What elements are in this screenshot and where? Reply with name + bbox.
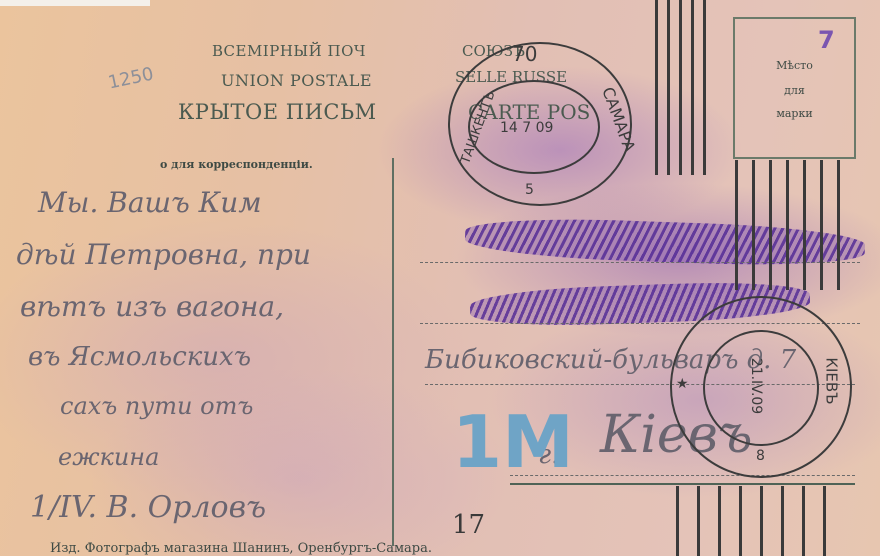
blue-pencil-mark: 1М (452, 400, 574, 484)
pencil-number: 1250 (106, 63, 155, 93)
stamp-box-line-2: для (735, 84, 854, 97)
postcard: ВСЕМІРНЫЙ ПОЧ UNION POSTALE КРЫТОЕ ПИСЬМ… (0, 0, 880, 556)
violet-number: 7 (818, 26, 835, 54)
message-line: сахъ пути отъ (60, 392, 253, 420)
header-line-2: UNION POSTALE (221, 71, 372, 90)
header-line-3: КРЫТОЕ ПИСЬМ (178, 100, 377, 124)
stamp-box-line-3: марки (735, 107, 854, 120)
message-line: дѣй Петровна, при (16, 238, 311, 271)
correspondence-label: о для корреспонденціи. (160, 158, 313, 171)
departure-postmark-date: 14 7 09 (500, 120, 553, 136)
departure-postmark-number: 70 (512, 42, 537, 66)
signature: 1/IV. В. Орловъ (30, 490, 266, 525)
message-line: Мы. Вашъ Ким (38, 186, 262, 219)
cancellation-bars-mid (735, 160, 840, 290)
cancellation-bars-bottom (676, 486, 826, 556)
message-line: ежкина (58, 443, 159, 471)
stamp-placeholder-box: Мѣсто для марки (733, 17, 856, 159)
arrival-postmark-bottom: 8 (756, 448, 765, 464)
cancellation-bars-top (655, 0, 706, 175)
header-line-1: ВСЕМІРНЫЙ ПОЧ (212, 42, 366, 60)
message-line: вѣтъ изъ вагона, (20, 290, 284, 323)
torn-edge (0, 0, 150, 6)
vertical-divider (392, 158, 394, 546)
message-line: въ Ясмольскихъ (28, 342, 251, 372)
footer-imprint: Изд. Фотографъ магазина Шанинъ, Оренбург… (50, 541, 432, 556)
arrival-postmark-place: КІЕВЪ (823, 357, 841, 404)
arrival-postmark-date: 21.IV.09 (748, 358, 764, 414)
bottom-number: 17 (452, 510, 485, 540)
star-icon: ★ (676, 376, 689, 392)
stamp-box-line-1: Мѣсто (735, 59, 854, 72)
departure-postmark-bottom: 5 (525, 182, 534, 198)
